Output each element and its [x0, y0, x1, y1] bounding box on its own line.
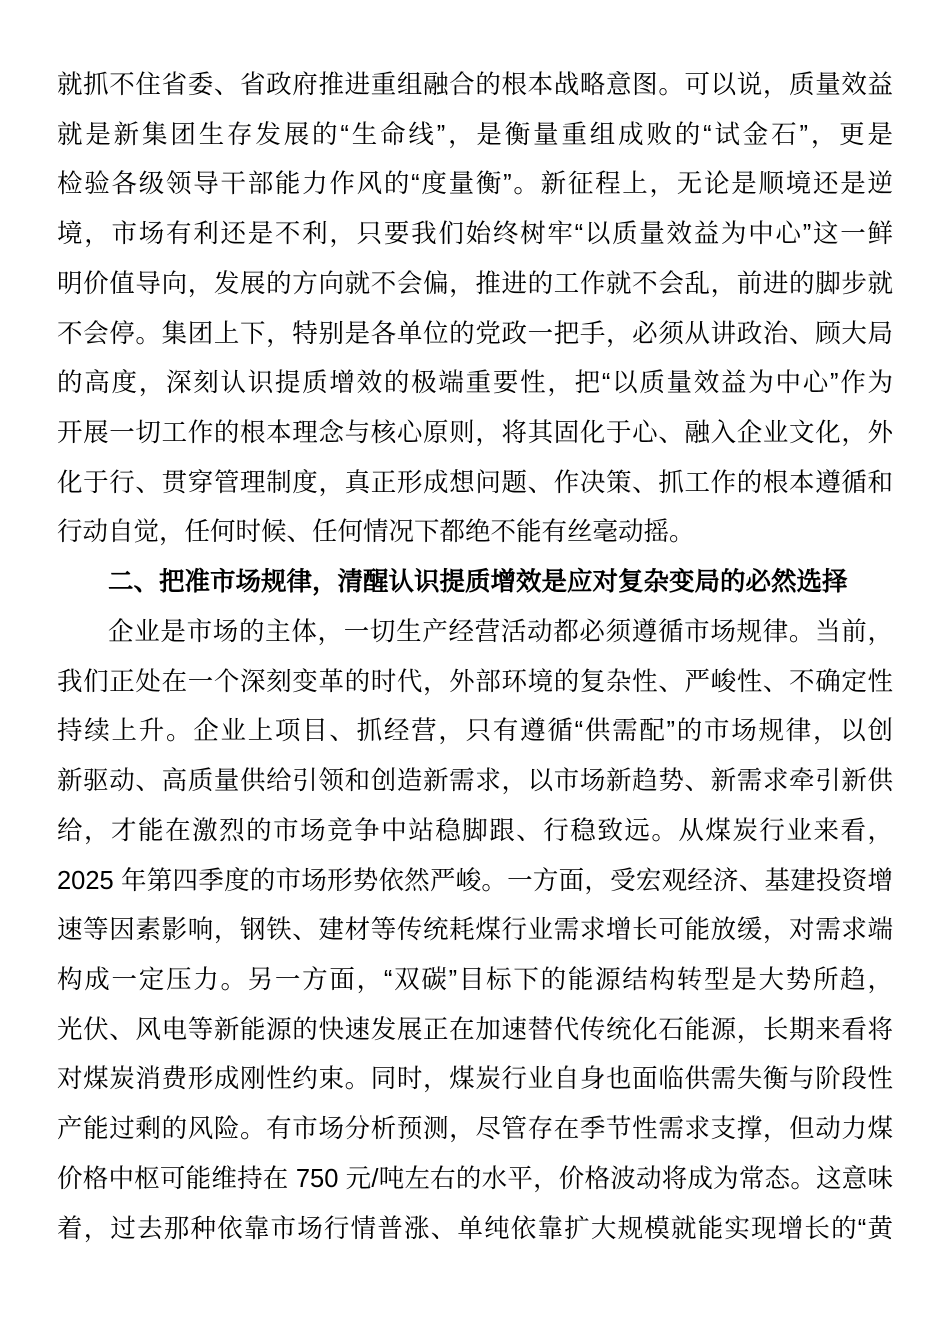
section-heading: 二、把准市场规律，清醒认识提质增效是应对复杂变局的必然选择 [57, 558, 893, 608]
body-line: 化于行、贯穿管理制度，真正形成想问题、作决策、抓工作的根本遵循和 [57, 459, 893, 509]
body-line: 就是新集团生存发展的“生命线”，是衡量重组成败的“试金石”，更是 [57, 111, 893, 161]
body-line: 明价值导向，发展的方向就不会偏，推进的工作就不会乱，前进的脚步就 [57, 260, 893, 310]
body-line: 不会停。集团上下，特别是各单位的党政一把手，必须从讲政治、顾大局 [57, 310, 893, 360]
body-line: 行动自觉，任何时候、任何情况下都绝不能有丝毫动摇。 [57, 508, 893, 558]
body-line: 产能过剩的风险。有市场分析预测，尽管存在季节性需求支撑，但动力煤 [57, 1105, 893, 1155]
body-line: 的高度，深刻认识提质增效的极端重要性，把“以质量效益为中心”作为 [57, 359, 893, 409]
body-line: 境，市场有利还是不利，只要我们始终树牢“以质量效益为中心”这一鲜 [57, 210, 893, 260]
body-line: 对煤炭消费形成刚性约束。同时，煤炭行业自身也面临供需失衡与阶段性 [57, 1055, 893, 1105]
document-page: 就抓不住省委、省政府推进重组融合的根本战略意图。可以说，质量效益 就是新集团生存… [57, 61, 893, 1254]
body-line: 新驱动、高质量供给引领和创造新需求，以市场新趋势、新需求牵引新供 [57, 757, 893, 807]
body-line: 我们正处在一个深刻变革的时代，外部环境的复杂性、严峻性、不确定性 [57, 658, 893, 708]
body-line: 着，过去那种依靠市场行情普涨、单纯依靠扩大规模就能实现增长的“黄 [57, 1205, 893, 1255]
body-line: 企业是市场的主体，一切生产经营活动都必须遵循市场规律。当前， [57, 608, 893, 658]
body-line: 2025 年第四季度的市场形势依然严峻。一方面，受宏观经济、基建投资增 [57, 857, 893, 907]
body-line: 速等因素影响，钢铁、建材等传统耗煤行业需求增长可能放缓，对需求端 [57, 906, 893, 956]
body-line: 构成一定压力。另一方面，“双碳”目标下的能源结构转型是大势所趋， [57, 956, 893, 1006]
body-line: 开展一切工作的根本理念与核心原则，将其固化于心、融入企业文化，外 [57, 409, 893, 459]
body-line: 持续上升。企业上项目、抓经营，只有遵循“供需配”的市场规律，以创 [57, 707, 893, 757]
body-line: 检验各级领导干部能力作风的“度量衡”。新征程上，无论是顺境还是逆 [57, 160, 893, 210]
body-line: 光伏、风电等新能源的快速发展正在加速替代传统化石能源，长期来看将 [57, 1006, 893, 1056]
body-line: 就抓不住省委、省政府推进重组融合的根本战略意图。可以说，质量效益 [57, 61, 893, 111]
body-line: 价格中枢可能维持在 750 元/吨左右的水平，价格波动将成为常态。这意味 [57, 1155, 893, 1205]
body-line: 给，才能在激烈的市场竞争中站稳脚跟、行稳致远。从煤炭行业来看， [57, 807, 893, 857]
